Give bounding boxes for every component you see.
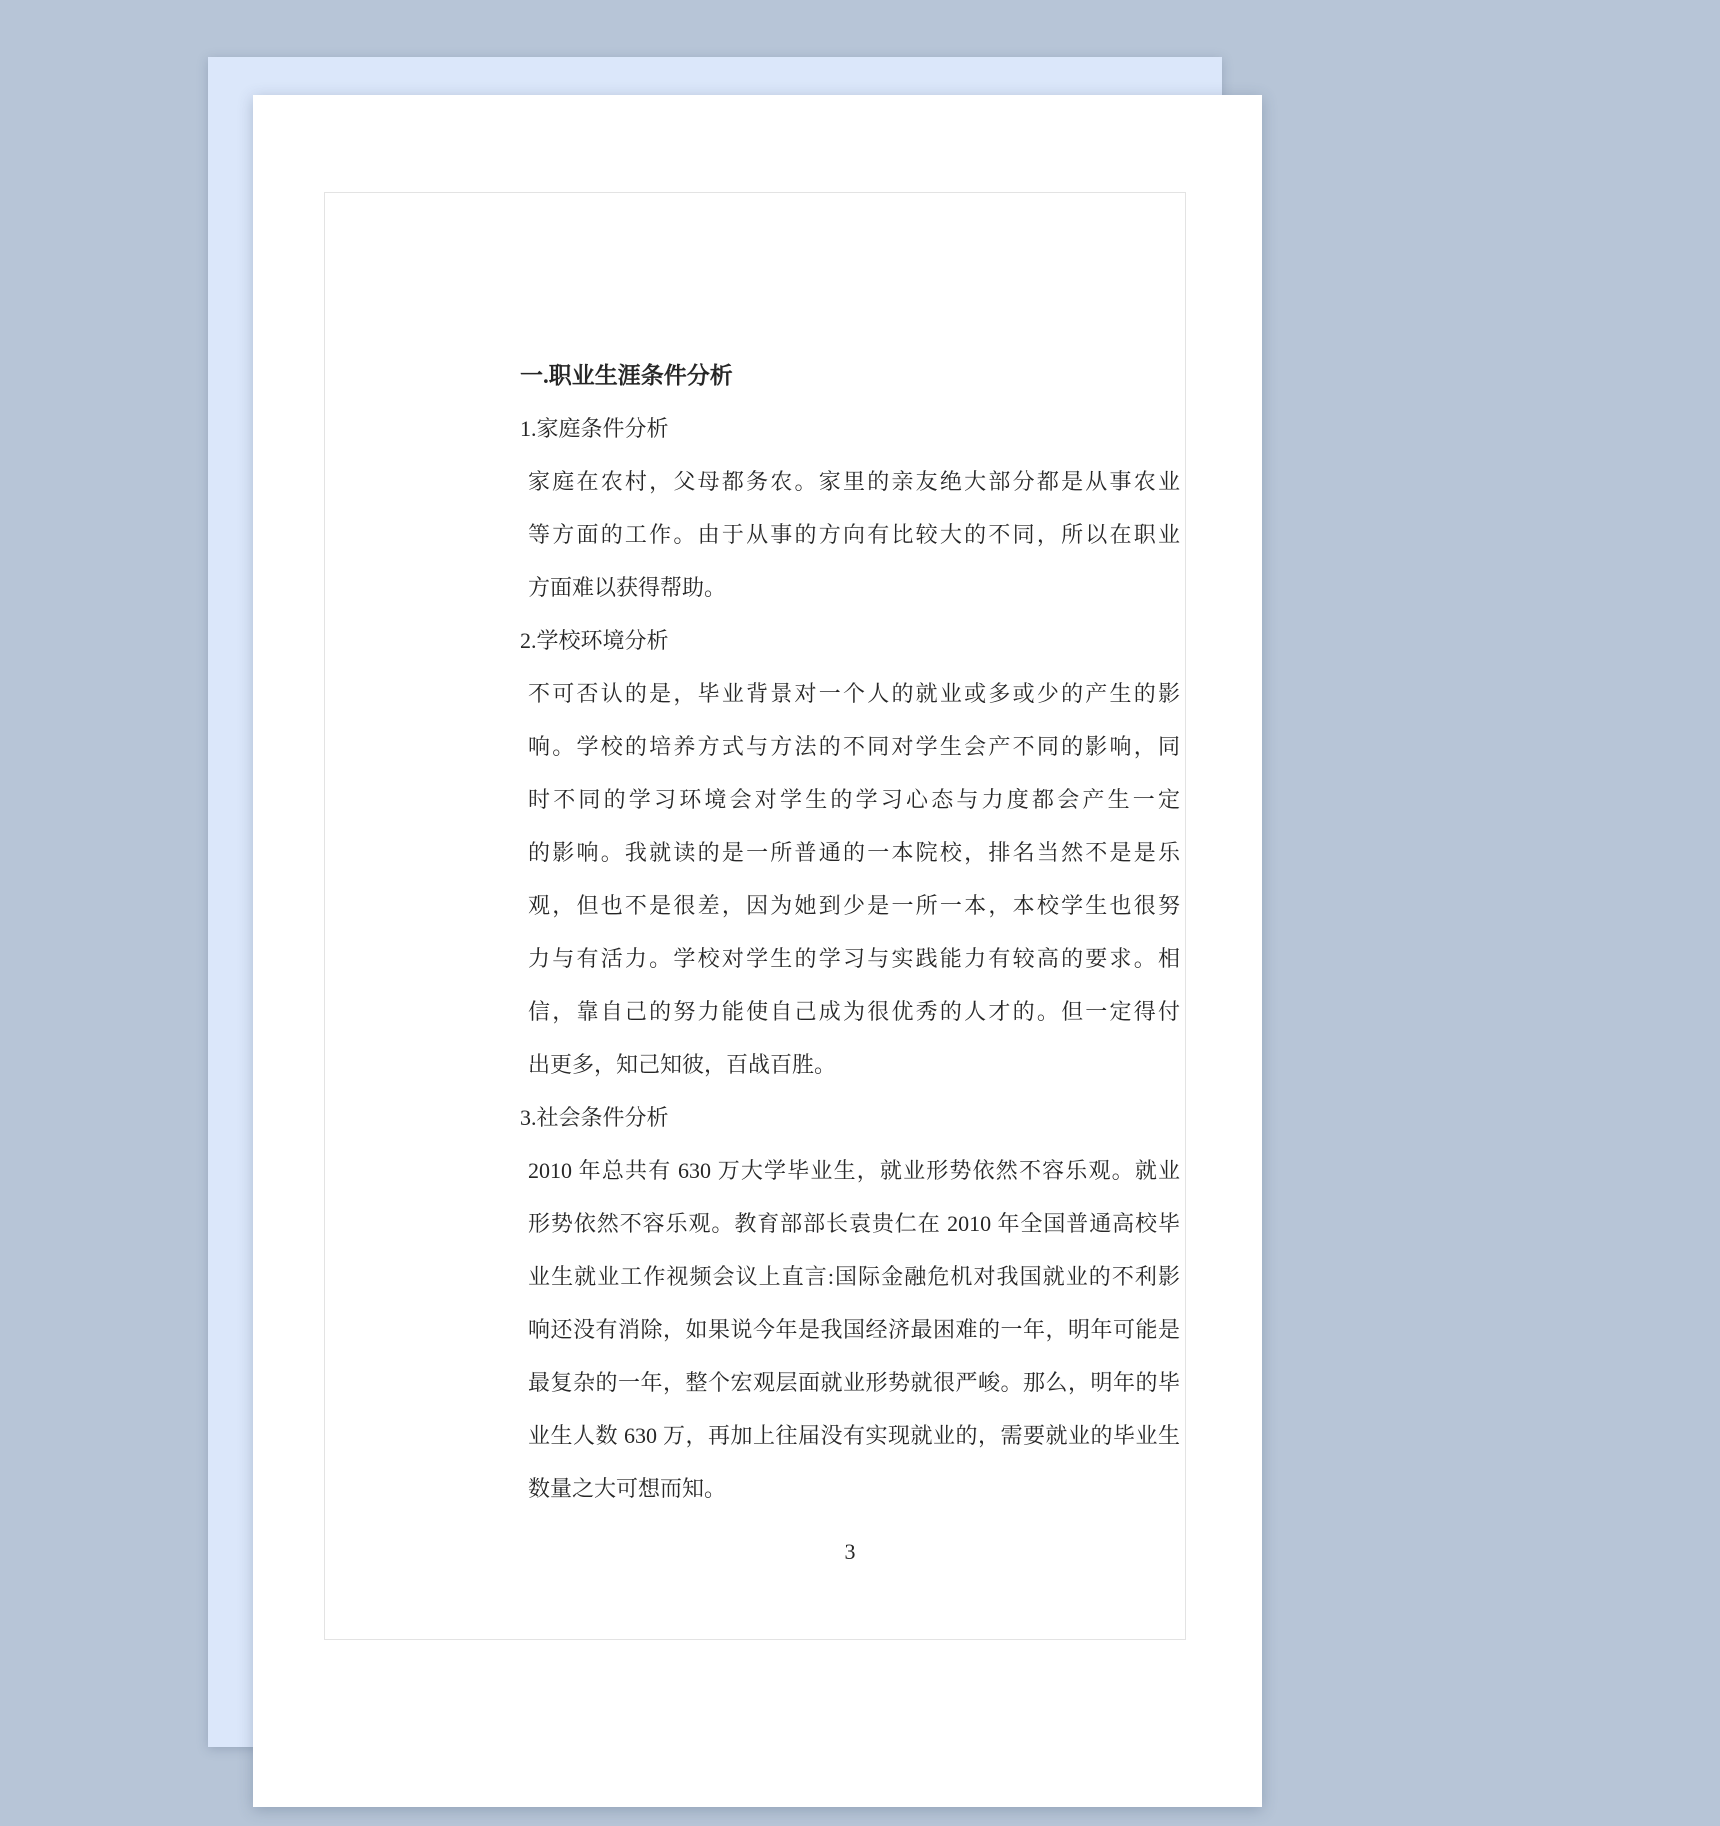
document-text-line: 时不同的学习环境会对学生的学习心态与力度都会产生一定 xyxy=(520,773,1180,826)
document-text-line: 出更多，知己知彼，百战百胜。 xyxy=(520,1038,1180,1091)
document-text-line: 形势依然不容乐观。教育部部长袁贵仁在 2010 年全国普通高校毕 xyxy=(520,1197,1180,1250)
document-text-line: 的影响。我就读的是一所普通的一本院校，排名当然不是是乐 xyxy=(520,826,1180,879)
document-text-line: 数量之大可想而知。 xyxy=(520,1462,1180,1515)
page-border-frame: 一.职业生涯条件分析1.家庭条件分析家庭在农村，父母都务农。家里的亲友绝大部分都… xyxy=(324,192,1186,1640)
section-heading: 一.职业生涯条件分析 xyxy=(520,349,1180,402)
document-text-line: 最复杂的一年，整个宏观层面就业形势就很严峻。那么，明年的毕 xyxy=(520,1356,1180,1409)
document-text-line: 观，但也不是很差，因为她到少是一所一本，本校学生也很努 xyxy=(520,879,1180,932)
document-text-line: 不可否认的是，毕业背景对一个人的就业或多或少的产生的影 xyxy=(520,667,1180,720)
page-number: 3 xyxy=(520,1525,1180,1578)
document-text-line: 响。学校的培养方式与方法的不同对学生会产不同的影响，同 xyxy=(520,720,1180,773)
document-text-line: 信，靠自己的努力能使自己成为很优秀的人才的。但一定得付 xyxy=(520,985,1180,1038)
document-text-line: 响还没有消除，如果说今年是我国经济最困难的一年，明年可能是 xyxy=(520,1303,1180,1356)
document-page: 一.职业生涯条件分析1.家庭条件分析家庭在农村，父母都务农。家里的亲友绝大部分都… xyxy=(253,95,1262,1807)
document-content: 一.职业生涯条件分析1.家庭条件分析家庭在农村，父母都务农。家里的亲友绝大部分都… xyxy=(520,349,1180,1578)
document-text-line: 业生人数 630 万，再加上往届没有实现就业的，需要就业的毕业生 xyxy=(520,1409,1180,1462)
document-text-line: 2010 年总共有 630 万大学毕业生，就业形势依然不容乐观。就业 xyxy=(520,1144,1180,1197)
document-text-line: 家庭在农村，父母都务农。家里的亲友绝大部分都是从事农业 xyxy=(520,455,1180,508)
document-text-line: 力与有活力。学校对学生的学习与实践能力有较高的要求。相 xyxy=(520,932,1180,985)
document-text-line: 方面难以获得帮助。 xyxy=(520,561,1180,614)
document-lines: 一.职业生涯条件分析1.家庭条件分析家庭在农村，父母都务农。家里的亲友绝大部分都… xyxy=(520,349,1180,1515)
document-text-line: 业生就业工作视频会议上直言:国际金融危机对我国就业的不利影 xyxy=(520,1250,1180,1303)
subsection-heading: 2.学校环境分析 xyxy=(520,614,1180,667)
document-text-line: 等方面的工作。由于从事的方向有比较大的不同，所以在职业 xyxy=(520,508,1180,561)
subsection-heading: 3.社会条件分析 xyxy=(520,1091,1180,1144)
subsection-heading: 1.家庭条件分析 xyxy=(520,402,1180,455)
